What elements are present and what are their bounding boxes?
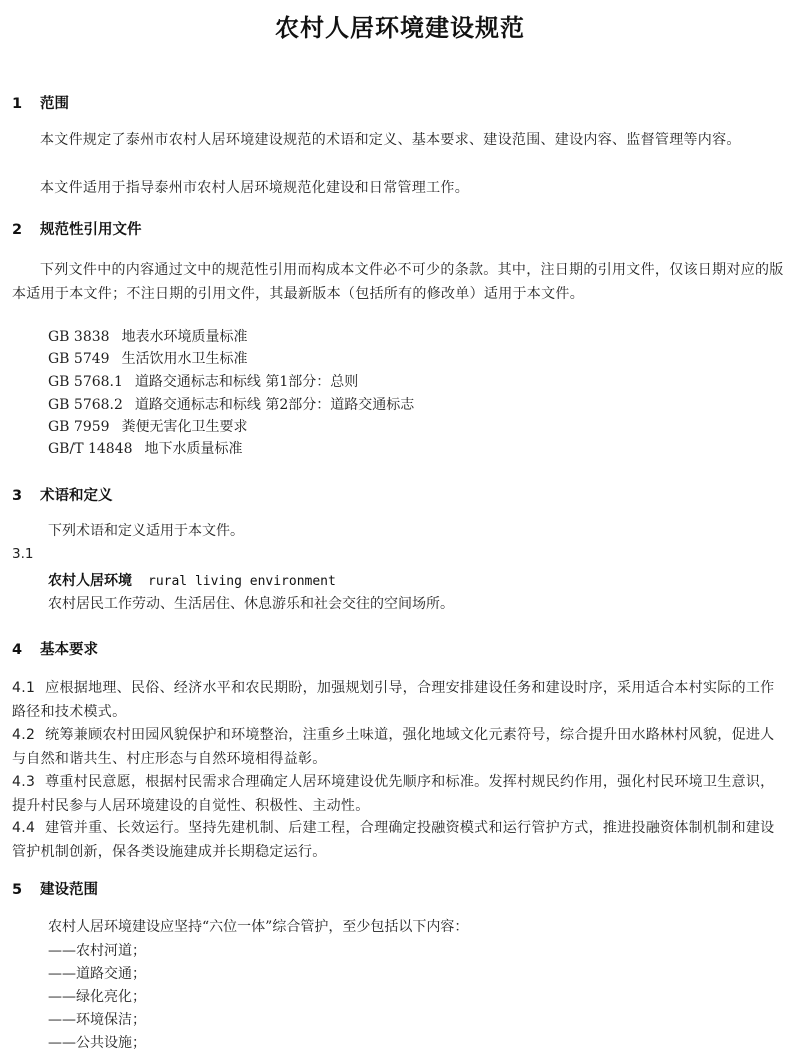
reference-code: GB 5749: [48, 348, 110, 370]
clause-4-1: 4.1应根据地理、民俗、经济水平和农民期盼，加强规划引导，合理安排建设任务和建设…: [12, 676, 788, 724]
reference-item: GB 5749生活饮用水卫生标准: [48, 348, 248, 370]
clause-4-3: 4.3尊重村民意愿，根据村民需求合理确定人居环境建设优先顺序和标准。发挥村规民约…: [12, 770, 788, 818]
section-number: 3: [12, 488, 40, 504]
clause-4-4: 4.4建管并重、长效运行。坚持先建机制、后建工程，合理确定投融资模式和运行管护方…: [12, 816, 788, 864]
section-2-heading: 2规范性引用文件: [12, 218, 142, 239]
term-number: 3.1: [12, 546, 33, 562]
reference-title: 道路交通标志和标线 第2部分：道路交通标志: [135, 397, 414, 413]
section-5-heading: 5建设范围: [12, 878, 98, 899]
reference-title: 生活饮用水卫生标准: [122, 351, 248, 367]
section-title: 基本要求: [40, 642, 98, 658]
section-title: 范围: [40, 96, 69, 112]
reference-code: GB 5768.2: [48, 394, 123, 416]
section-3-intro: 下列术语和定义适用于本文件。: [48, 520, 244, 542]
reference-title: 道路交通标志和标线 第1部分：总则: [135, 374, 358, 390]
clause-number: 4.1: [12, 676, 35, 700]
clause-4-2: 4.2统筹兼顾农村田园风貌保护和环境整治，注重乡土味道，强化地域文化元素符号，综…: [12, 723, 788, 771]
document-page: 农村人居环境建设规范 1范围 本文件规定了泰州市农村人居环境建设规范的术语和定义…: [0, 0, 800, 1061]
section-title: 术语和定义: [40, 488, 113, 504]
clause-text: 建管并重、长效运行。坚持先建机制、后建工程，合理确定投融资模式和运行管护方式，推…: [12, 820, 774, 860]
reference-code: GB 3838: [48, 326, 110, 348]
reference-code: GB 7959: [48, 416, 110, 438]
clause-number: 4.3: [12, 770, 35, 794]
list-item: ——绿化亮化；: [48, 986, 146, 1008]
term-english: rural living environment: [148, 574, 336, 589]
section-1-paragraph-1: 本文件规定了泰州市农村人居环境建设规范的术语和定义、基本要求、建设范围、建设内容…: [12, 128, 788, 152]
section-3-heading: 3术语和定义: [12, 484, 113, 505]
reference-item: GB 5768.2道路交通标志和标线 第2部分：道路交通标志: [48, 394, 414, 416]
reference-item: GB/T 14848地下水质量标准: [48, 438, 243, 460]
section-title: 规范性引用文件: [40, 222, 142, 238]
clause-text: 尊重村民意愿，根据村民需求合理确定人居环境建设优先顺序和标准。发挥村规民约作用，…: [12, 774, 774, 814]
term-definition: 农村居民工作劳动、生活居住、休息游乐和社会交往的空间场所。: [48, 593, 454, 615]
list-item: ——环境保洁；: [48, 1009, 146, 1031]
reference-title: 地下水质量标准: [145, 441, 243, 457]
clause-number: 4.4: [12, 816, 35, 840]
term-chinese: 农村人居环境: [48, 573, 132, 589]
document-title: 农村人居环境建设规范: [0, 8, 800, 43]
section-number: 5: [12, 882, 40, 898]
reference-code: GB/T 14848: [48, 438, 133, 460]
section-number: 1: [12, 96, 40, 112]
section-2-intro: 下列文件中的内容通过文中的规范性引用而构成本文件必不可少的条款。其中，注日期的引…: [12, 258, 788, 306]
section-5-intro: 农村人居环境建设应坚持“六位一体”综合管护，至少包括以下内容：: [48, 916, 468, 938]
reference-item: GB 5768.1道路交通标志和标线 第1部分：总则: [48, 371, 358, 393]
list-item: ——道路交通；: [48, 963, 146, 985]
reference-item: GB 3838地表水环境质量标准: [48, 326, 248, 348]
list-item: ——农村河道；: [48, 940, 146, 962]
reference-item: GB 7959粪便无害化卫生要求: [48, 416, 248, 438]
reference-title: 地表水环境质量标准: [122, 329, 248, 345]
section-1-paragraph-2: 本文件适用于指导泰州市农村人居环境规范化建设和日常管理工作。: [12, 176, 788, 200]
term-entry: 农村人居环境rural living environment: [48, 570, 336, 593]
section-title: 建设范围: [40, 882, 98, 898]
section-number: 2: [12, 222, 40, 238]
clause-number: 4.2: [12, 723, 35, 747]
section-number: 4: [12, 642, 40, 658]
list-item: ——公共设施；: [48, 1032, 146, 1054]
reference-title: 粪便无害化卫生要求: [122, 419, 248, 435]
reference-code: GB 5768.1: [48, 371, 123, 393]
clause-text: 应根据地理、民俗、经济水平和农民期盼，加强规划引导，合理安排建设任务和建设时序，…: [12, 680, 774, 720]
section-4-heading: 4基本要求: [12, 638, 98, 659]
section-1-heading: 1范围: [12, 92, 69, 113]
clause-text: 统筹兼顾农村田园风貌保护和环境整治，注重乡土味道，强化地域文化元素符号，综合提升…: [12, 727, 774, 767]
